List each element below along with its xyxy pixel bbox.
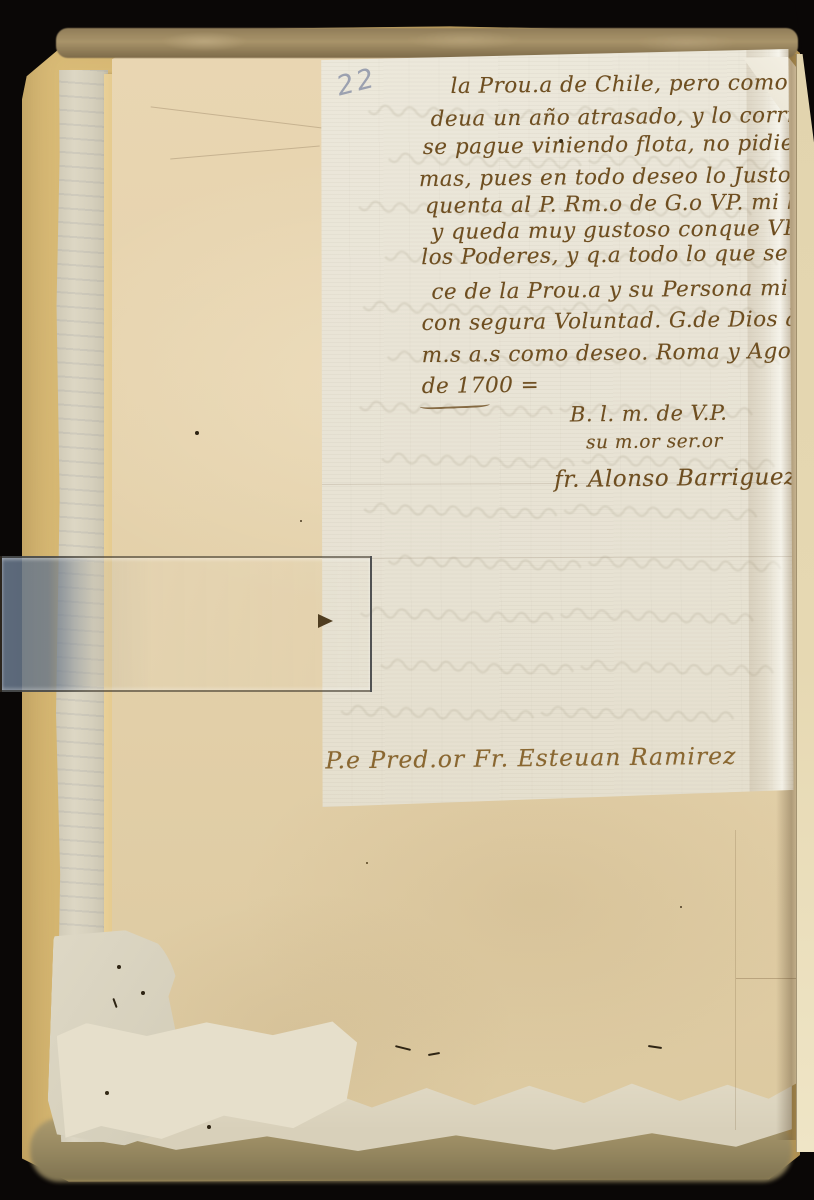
closing-line: B. l. m. de V.P. [570,401,728,427]
manuscript-line: con segura Voluntad. G.de Dios à V.P. [421,306,814,336]
signature-text: fr. Alonso Barriguez [554,464,797,493]
manuscript-line: la Prou.a de Chile, pero como se à asi y [450,69,814,99]
manuscript-line: los Poderes, y q.a todo lo que se le ofr… [421,240,814,270]
glass-strip-mark [318,614,333,628]
manuscript-line: quenta al P. Rm.o de G.o VP. mi haui [425,189,814,219]
page-crease [735,830,736,1130]
scanned-manuscript-page: 22 la Prou.a de Chile, pero como se à as… [0,0,814,1200]
manuscript-line: se pague viniendo flota, no pidiend [423,130,814,160]
closing-line: su m.or ser.or [586,431,723,454]
facing-page-edge [796,54,814,1152]
manuscript-line: deua un año atrasado, y lo corriente [431,102,814,132]
manuscript-line: mas, pues en todo deseo lo Justo. he d [419,162,814,192]
manuscript-line: m.s a.s como deseo. Roma y Agosto 8 [422,338,814,368]
glass-weight-strip [0,556,372,692]
ink-specks [0,0,2,2]
docket-line: P.e Pred.or Fr. Esteuan Ramirez [325,742,736,775]
manuscript-line: ce de la Prou.a y su Persona mi ani [431,275,814,305]
letter-sheet: 22 la Prou.a de Chile, pero como se à as… [318,49,793,807]
signature: fr. Alonso Barriguez [554,460,814,493]
manuscript-date-line: de 1700 = [422,373,540,399]
